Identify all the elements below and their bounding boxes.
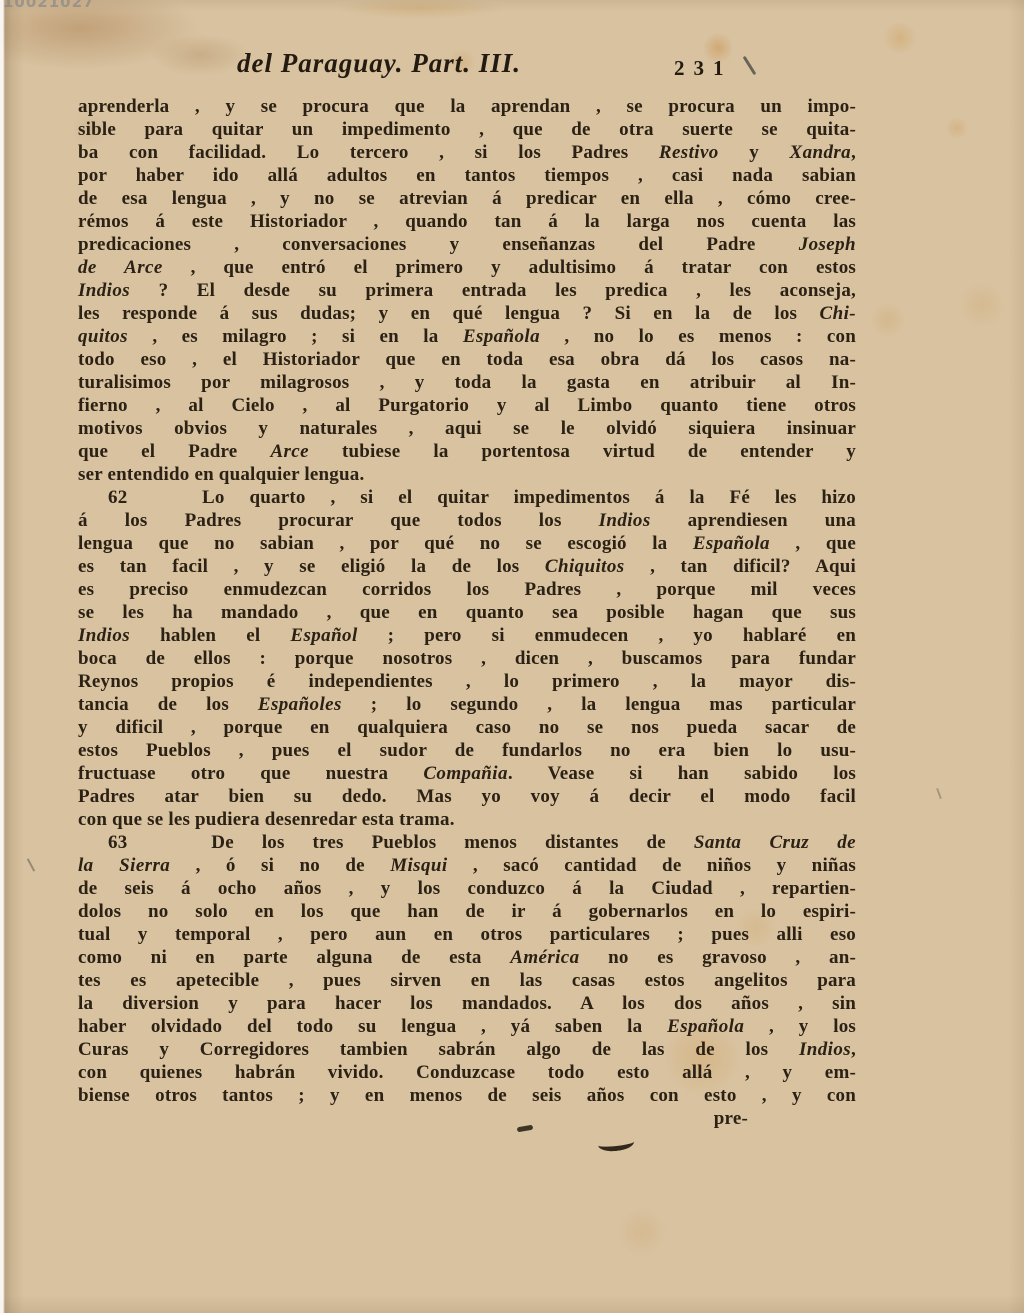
italic-text-run: Arce [270,441,309,462]
text-line: tes es apetecible , pues sirven en las c… [78,969,856,992]
italic-text-run: Indios [78,625,130,646]
text-line: biense otros tantos ; y en menos de seis… [78,1084,856,1107]
text-run: tes es apetecible , pues sirven en las c… [78,970,856,991]
text-run: Curas y Corregidores tambien sabrán algo… [78,1039,799,1060]
text-line: ba con facilidad. Lo tercero , si los Pa… [78,141,856,164]
italic-text-run: quitos [78,326,128,347]
text-line: aprenderla , y se procura que la aprenda… [78,95,856,118]
text-line: de esa lengua , y no se atrevian á predi… [78,187,856,210]
text-run: , y los [744,1016,856,1037]
ink-squiggle-mark [597,1134,634,1153]
body-text: aprenderla , y se procura que la aprenda… [78,95,856,1130]
text-run: fructuase otro que nuestra [78,763,423,784]
running-title: del Paraguay. Part. III. [237,48,521,79]
text-line: de seis á ocho años , y los conduzco á l… [78,877,856,900]
text-line: lengua que no sabian , por qué no se esc… [78,532,856,555]
text-line: boca de ellos : porque nosotros , dicen … [78,647,856,670]
italic-text-run: América [510,947,579,968]
text-run: lengua que no sabian , por qué no se esc… [78,533,693,554]
text-line: motivos obvios y naturales , aqui se le … [78,417,856,440]
text-line: rémos á este Historiador , quando tan á … [78,210,856,233]
italic-text-run: Xandra [790,142,852,163]
text-run: estos Pueblos , pues el sudor de fundarl… [78,740,856,761]
text-line: es preciso enmudezcan corridos los Padre… [78,578,856,601]
text-run: tancia de los [78,694,258,715]
left-margin-pen-tick [27,858,35,871]
italic-text-run: Indios [599,510,651,531]
text-line: turalisimos por milagrosos , y toda la g… [78,371,856,394]
text-run: , ó si no de [170,855,390,876]
text-run: rémos á este Historiador , quando tan á … [78,211,856,232]
text-run: no es gravoso , an- [580,947,856,968]
pen-slash-mark [743,56,757,75]
text-run: haber olvidado del todo su lengua , yá s… [78,1016,667,1037]
catchword: pre- [78,1107,856,1130]
text-run: y [719,142,790,163]
text-run: se les ha mandado , que en quanto sea po… [78,602,856,623]
text-run: , [851,142,856,163]
text-run: 62 Lo quarto , si el quitar impedimentos… [108,487,856,508]
italic-text-run: Español [290,625,357,646]
text-line: haber olvidado del todo su lengua , yá s… [78,1015,856,1038]
text-run: por haber ido allá adultos en tantos tie… [78,165,856,186]
text-line: fructuase otro que nuestra Compañia. Vea… [78,762,856,785]
scanned-book-page: 10021027 del Paraguay. Part. III. 231 ap… [0,0,1024,1313]
text-run: biense otros tantos ; y en menos de seis… [78,1085,856,1106]
text-run: Padres atar bien su dedo. Mas yo voy á d… [78,786,856,807]
text-run: de esa lengua , y no se atrevian á predi… [78,188,856,209]
italic-text-run: de Arce [78,257,163,278]
right-margin-pen-tick [936,788,942,799]
text-line: la diversion y para hacer los mandados. … [78,992,856,1015]
text-run: predicaciones , conversaciones y enseñan… [78,234,799,255]
text-run: aprenderla , y se procura que la aprenda… [78,96,856,117]
text-line: estos Pueblos , pues el sudor de fundarl… [78,739,856,762]
italic-text-run: Indios [78,280,130,301]
text-run: y dificil , porque en qualquiera caso no… [78,717,856,738]
text-line: sible para quitar un impedimento , que d… [78,118,856,141]
text-line: Padres atar bien su dedo. Mas yo voy á d… [78,785,856,808]
text-run: con quienes habrán vivido. Conduzcase to… [78,1062,856,1083]
text-line: por haber ido allá adultos en tantos tie… [78,164,856,187]
text-run: aprendiesen una [651,510,856,531]
text-run: , [851,1039,856,1060]
text-run: ? El desde su primera entrada les predic… [130,280,856,301]
italic-text-run: Restivo [659,142,719,163]
text-run: les responde á sus dudas; y en qué lengu… [78,303,820,324]
text-run: dolos no solo en los que han de ir á gob… [78,901,856,922]
text-run: ; lo segundo , la lengua mas particular [342,694,856,715]
text-line: Indios ? El desde su primera entrada les… [78,279,856,302]
text-run: fierno , al Cielo , al Purgatorio y al L… [78,395,856,416]
text-run: , tan dificil? Aqui [625,556,856,577]
page-number: 231 [674,56,733,81]
text-line: á los Padres procurar que todos los Indi… [78,509,856,532]
text-run: turalisimos por milagrosos , y toda la g… [78,372,856,393]
text-run: como ni en parte alguna de esta [78,947,510,968]
text-run: ; pero si enmudecen , yo hablaré en [358,625,856,646]
text-run: tual y temporal , pero aun en otros part… [78,924,856,945]
text-line: es tan facil , y se eligió la de los Chi… [78,555,856,578]
text-run: con que se les pudiera desenredar esta t… [78,809,455,830]
text-run: motivos obvios y naturales , aqui se le … [78,418,856,439]
text-run: hablen el [130,625,290,646]
text-run: tubiese la portentosa virtud de entender… [309,441,856,462]
italic-text-run: la Sierra [78,855,170,876]
italic-text-run: Española [463,326,540,347]
text-line: 63 De los tres Pueblos menos distantes d… [78,831,856,854]
text-run: de seis á ocho años , y los conduzco á l… [78,878,856,899]
text-line: de Arce , que entró el primero y adultis… [78,256,856,279]
italic-text-run: Españoles [258,694,342,715]
text-line: Reynos propios é independientes , lo pri… [78,670,856,693]
text-line: tual y temporal , pero aun en otros part… [78,923,856,946]
text-run: , no lo es menos : con [540,326,856,347]
text-run: que el Padre [78,441,270,462]
text-line: la Sierra , ó si no de Misqui , sacó can… [78,854,856,877]
text-line: con quienes habrán vivido. Conduzcase to… [78,1061,856,1084]
text-run: ba con facilidad. Lo tercero , si los Pa… [78,142,659,163]
text-run: boca de ellos : porque nosotros , dicen … [78,648,856,669]
text-line: tancia de los Españoles ; lo segundo , l… [78,693,856,716]
text-line: con que se les pudiera desenredar esta t… [78,808,856,831]
text-run: , es milagro ; si en la [128,326,463,347]
italic-text-run: Compañia [423,763,508,784]
text-run: es preciso enmudezcan corridos los Padre… [78,579,856,600]
text-line: quitos , es milagro ; si en la Española … [78,325,856,348]
italic-text-run: Española [667,1016,744,1037]
text-line: Curas y Corregidores tambien sabrán algo… [78,1038,856,1061]
text-line: todo eso , el Historiador que en toda es… [78,348,856,371]
italic-text-run: Española [693,533,770,554]
italic-text-run: Chi- [820,303,856,324]
italic-text-run: Misqui [390,855,447,876]
text-line: 62 Lo quarto , si el quitar impedimentos… [78,486,856,509]
text-line: ser entendido en qualquier lengua. [78,463,856,486]
text-run: la diversion y para hacer los mandados. … [78,993,856,1014]
text-line: y dificil , porque en qualquiera caso no… [78,716,856,739]
text-run: á los Padres procurar que todos los [78,510,599,531]
text-run: es tan facil , y se eligió la de los [78,556,545,577]
text-run: , que entró el primero y adultisimo á tr… [163,257,856,278]
text-line: se les ha mandado , que en quanto sea po… [78,601,856,624]
text-line: dolos no solo en los que han de ir á gob… [78,900,856,923]
text-run: , sacó cantidad de niños y niñas [448,855,856,876]
text-run: . Vease si han sabido los [508,763,856,784]
italic-text-run: Joseph [799,234,856,255]
text-run: Reynos propios é independientes , lo pri… [78,671,856,692]
text-run: sible para quitar un impedimento , que d… [78,119,856,140]
text-line: que el Padre Arce tubiese la portentosa … [78,440,856,463]
text-run: todo eso , el Historiador que en toda es… [78,349,856,370]
italic-text-run: Santa Cruz de [694,832,856,853]
watermark-number: 10021027 [3,0,95,11]
text-line: predicaciones , conversaciones y enseñan… [78,233,856,256]
text-line: les responde á sus dudas; y en qué lengu… [78,302,856,325]
text-line: fierno , al Cielo , al Purgatorio y al L… [78,394,856,417]
text-line: como ni en parte alguna de esta América … [78,946,856,969]
italic-text-run: Indios [799,1039,851,1060]
italic-text-run: Chiquitos [545,556,625,577]
text-line: Indios hablen el Español ; pero si enmud… [78,624,856,647]
text-run: , que [770,533,856,554]
text-run: ser entendido en qualquier lengua. [78,464,364,485]
text-run: 63 De los tres Pueblos menos distantes d… [108,832,694,853]
